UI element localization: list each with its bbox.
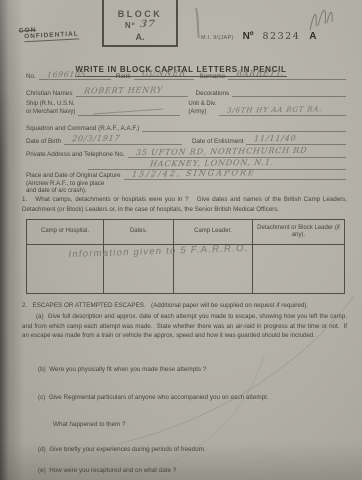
ship-label-line1: Ship (R.N., U.S.N. <box>26 101 75 109</box>
camps-table: Camp or Hospital. Dates. Camp Leader. De… <box>26 219 345 294</box>
mi9-no-label: Nº <box>243 31 254 42</box>
capture-label-line1: Place and Date of Original Capture <box>26 172 121 180</box>
enlistment-handwritten-value: 11/11/40 <box>246 135 298 145</box>
mi9-dept-label: M.I. 9/(JAP) <box>201 35 234 41</box>
block-no-handwritten-value: 37 <box>139 20 156 30</box>
section-2-item-c2: What happened to them ? <box>53 421 125 428</box>
field-row-unit: Ship (R.N., U.S.N. or Merchant Navy) Uni… <box>26 101 346 116</box>
address-handwritten-value-1: 35 UFTON RD, NORTHCHURCH RD <box>127 147 307 158</box>
capture-field: 15/2/42, SINGAPORE <box>124 172 346 180</box>
surname-label: Surname <box>200 73 226 80</box>
capture-label-line3: and date of a/c crash). <box>26 187 121 195</box>
scanned-pow-form: BLOCK Nº 37 A. CON ONFIDENTIAL M.I. 9/(J… <box>0 0 362 480</box>
ship-handwritten-value <box>78 114 86 115</box>
capture-label: Place and Date of Original Capture (Airc… <box>26 172 121 195</box>
block-number-stamp: BLOCK Nº 37 A. <box>102 0 178 47</box>
enlistment-field: 11/11/40 <box>246 135 346 145</box>
squadron-label: Squadron and Command (R.A.F., A.A.F.) <box>26 125 139 132</box>
field-row-identity: No. 1696105 Rank GUNNER Surname BARRETT. <box>26 70 346 80</box>
surname-field: BARRETT. <box>228 70 346 80</box>
mi9-reference-stamp: M.I. 9/(JAP) Nº 82324 A <box>201 31 316 42</box>
rank-label: Rank <box>116 73 131 80</box>
enlistment-label: Date of Enlistment <box>192 138 243 145</box>
rank-handwritten-value: GUNNER <box>133 70 186 80</box>
field-row-dates: Date of Birth 20/3/1917 Date of Enlistme… <box>26 135 346 145</box>
decorations-field <box>232 87 346 97</box>
section-2-item-e: (e) How were you recaptured and on what … <box>38 467 176 474</box>
table-cell-detachment <box>252 245 344 293</box>
ship-label-line2: or Merchant Navy) <box>26 109 75 117</box>
confidential-stamp: CON ONFIDENTIAL <box>19 24 79 42</box>
block-stamp-number: Nº 37 <box>125 20 155 30</box>
rank-field: GUNNER <box>134 70 194 80</box>
section-2-item-a: (a) Give full description and approx. da… <box>22 312 347 341</box>
unit-handwritten-value: 3/6TH HY AA RGT RA. <box>219 106 323 115</box>
section-2-item-c: (c) Give Regimental particulars of anyon… <box>38 394 269 401</box>
section-2-item-d: (d) Give briefly your experiences during… <box>38 446 206 453</box>
date-of-birth-label: Date of Birth <box>26 138 61 145</box>
field-row-names: Christian Names ROBERT HENRY Decorations <box>26 87 346 97</box>
field-row-address: Private Address and Telephone No. 35 UFT… <box>26 148 346 158</box>
field-row-squadron: Squadron and Command (R.A.F., A.A.F.) <box>26 122 346 132</box>
ship-label: Ship (R.N., U.S.N. or Merchant Navy) <box>26 101 75 116</box>
col-header-camp-leader: Camp Leader. <box>173 220 252 245</box>
address-field-line1: 35 UFTON RD, NORTHCHURCH RD <box>128 148 346 158</box>
no-field: 1696105 <box>39 70 111 80</box>
pencil-stroke-mark <box>93 109 163 115</box>
unit-label-line2: (Army) <box>188 109 216 117</box>
section-2-item-b: (b) Were you physically fit when you mad… <box>38 366 206 373</box>
no-label: No. <box>26 73 36 80</box>
unit-field: 3/6TH HY AA RGT RA. <box>219 106 346 116</box>
capture-handwritten-value: 15/2/42, SINGAPORE <box>123 169 256 180</box>
no-handwritten-value: 1696105 <box>38 70 86 79</box>
section-2-heading: 2. ESCAPES OR ATTEMPTED ESCAPES. (Additi… <box>22 302 308 309</box>
block-stamp-letter: A. <box>136 32 145 42</box>
col-header-dates: Dates. <box>103 220 173 245</box>
date-of-birth-handwritten-value: 20/3/1917 <box>63 135 120 145</box>
mi9-suffix: A <box>309 31 316 42</box>
block-no-label: Nº <box>125 21 136 30</box>
capture-label-line2: (Aircrew R.A.F., to give place <box>26 180 121 188</box>
unit-label-line1: Unit & Div. <box>188 101 216 109</box>
squadron-handwritten-value <box>142 130 150 131</box>
surname-handwritten-value: BARRETT. <box>227 70 284 80</box>
unit-label: Unit & Div. (Army) <box>188 101 216 116</box>
col-header-detachment-leader: Detachment or Block Leader (if any). <box>252 220 344 245</box>
decorations-handwritten-value <box>232 95 240 96</box>
date-of-birth-field: 20/3/1917 <box>64 135 182 145</box>
mi9-number: 82324 <box>263 31 301 42</box>
col-header-camp-or-hospital: Camp or Hospital. <box>27 220 103 245</box>
decorations-label: Decorations <box>196 90 230 97</box>
christian-names-field: ROBERT HENRY <box>76 87 188 97</box>
ship-field <box>78 106 180 116</box>
field-row-capture: Place and Date of Original Capture (Airc… <box>26 172 346 195</box>
squadron-field <box>142 122 346 132</box>
christian-names-handwritten-value: ROBERT HENRY <box>75 86 163 96</box>
camps-table-header: Camp or Hospital. Dates. Camp Leader. De… <box>27 220 344 245</box>
christian-names-label: Christian Names <box>26 90 73 97</box>
address-label: Private Address and Telephone No. <box>26 151 125 158</box>
question-1-text: 1. What camps, detachments or hospitals … <box>22 195 347 215</box>
block-stamp-title: BLOCK <box>118 9 163 19</box>
